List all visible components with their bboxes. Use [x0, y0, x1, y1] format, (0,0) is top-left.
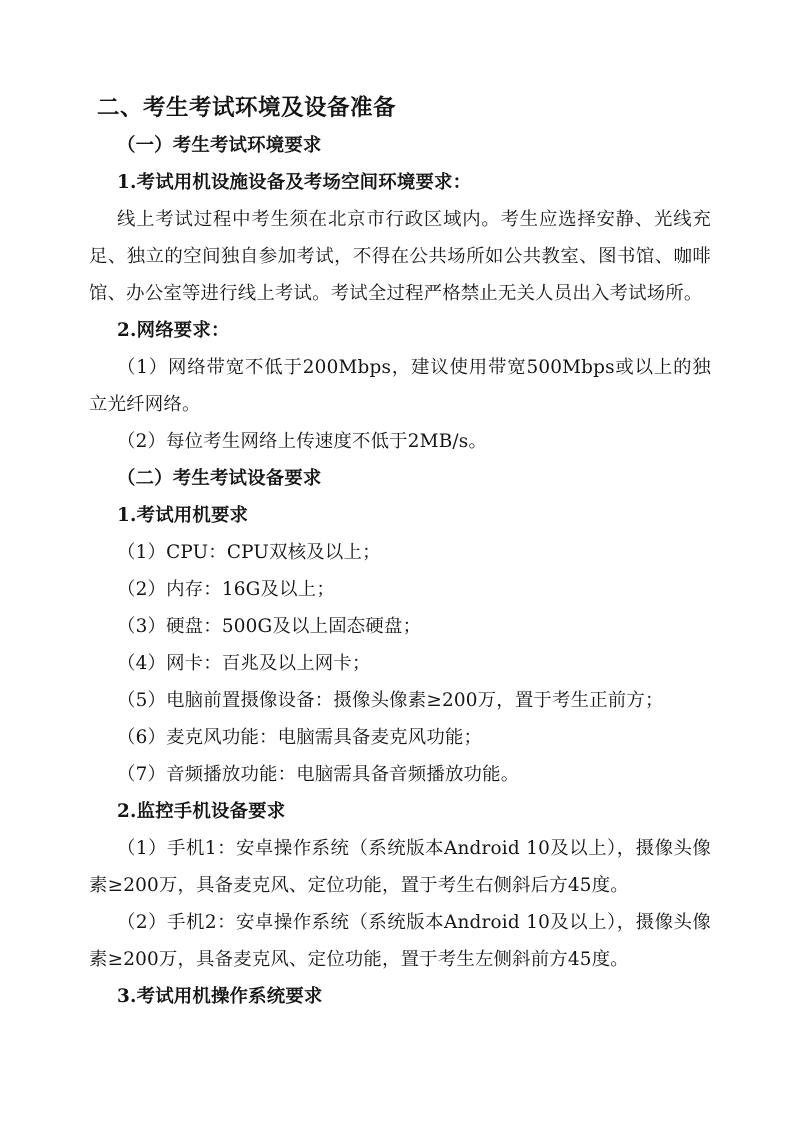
section-heading-2: （二）考生考试设备要求 [89, 460, 711, 497]
sub-heading-computer: 1.考试用机要求 [89, 497, 711, 534]
document-body: 二、考生考试环境及设备准备 （一）考生考试环境要求 1.考试用机设施设备及考场空… [89, 0, 711, 1015]
list-item-disk: （3）硬盘：500G及以上固态硬盘； [89, 608, 711, 645]
chapter-heading: 二、考生考试环境及设备准备 [89, 90, 711, 127]
list-item-nic: （4）网卡：百兆及以上网卡； [89, 645, 711, 682]
list-item-memory: （2）内存：16G及以上； [89, 571, 711, 608]
list-item-microphone: （6）麦克风功能：电脑需具备麦克风功能； [89, 719, 711, 756]
sub-heading-env-requirements: 1.考试用机设施设备及考场空间环境要求： [89, 164, 711, 201]
list-item-camera: （5）电脑前置摄像设备：摄像头像素≥200万，置于考生正前方； [89, 682, 711, 719]
sub-heading-network: 2.网络要求： [89, 312, 711, 349]
paragraph-network-bandwidth: （1）网络带宽不低于200Mbps，建议使用带宽500Mbps或以上的独立光纤网… [89, 349, 711, 423]
sub-heading-os: 3.考试用机操作系统要求 [89, 978, 711, 1015]
list-item-audio: （7）音频播放功能：电脑需具备音频播放功能。 [89, 756, 711, 793]
sub-heading-phone: 2.监控手机设备要求 [89, 793, 711, 830]
list-item-cpu: （1）CPU：CPU双核及以上； [89, 534, 711, 571]
section-heading-1: （一）考生考试环境要求 [89, 127, 711, 164]
paragraph-network-upload: （2）每位考生网络上传速度不低于2MB/s。 [89, 423, 711, 460]
paragraph-env-description: 线上考试过程中考生须在北京市行政区域内。考生应选择安静、光线充足、独立的空间独自… [89, 201, 711, 312]
document-page: 二、考生考试环境及设备准备 （一）考生考试环境要求 1.考试用机设施设备及考场空… [0, 0, 800, 1131]
paragraph-phone-1: （1）手机1：安卓操作系统（系统版本Android 10及以上），摄像头像素≥2… [89, 830, 711, 904]
paragraph-phone-2: （2）手机2：安卓操作系统（系统版本Android 10及以上），摄像头像素≥2… [89, 904, 711, 978]
